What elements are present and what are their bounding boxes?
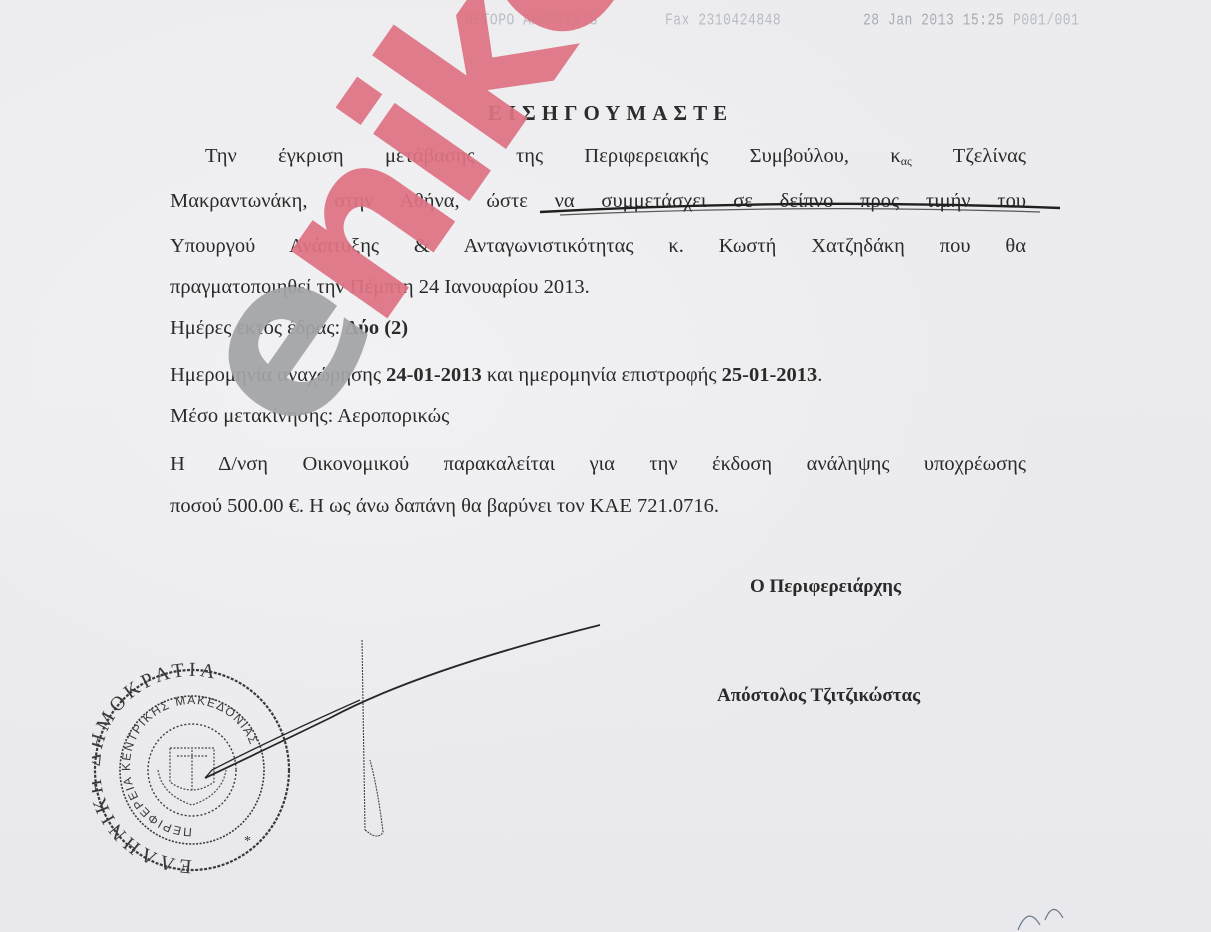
fax-page: P001/001 <box>1013 10 1079 30</box>
finance-line-1: Η Δ/νση Οικονομικού παρακαλείται για την… <box>170 449 1026 479</box>
signatory-name: Απόστολος Τζιτζικώστας <box>717 685 920 707</box>
fax-number: Fax 2310424848 <box>665 10 781 30</box>
svg-text:ΠΕΡΙΦΕΡΕΙΑ ΚΕΝΤΡΙΚΗΣ ΜΑΚΕΔΟΝΙΑ: ΠΕΡΙΦΕΡΕΙΑ ΚΕΝΤΡΙΚΗΣ ΜΑΚΕΔΟΝΙΑΣ <box>119 693 261 839</box>
official-seal-stamp: ΕΛΛΗΝΙΚΗ ΔΗΜΟΚΡΑΤΙΑ ΠΕΡΙΦΕΡΕΙΑ ΚΕΝΤΡΙΚΗΣ… <box>92 660 292 880</box>
svg-text:ΕΛΛΗΝΙΚΗ ΔΗΜΟΚΡΑΤΙΑ: ΕΛΛΗΝΙΚΗ ΔΗΜΟΚΡΑΤΙΑ <box>92 660 221 877</box>
fax-datetime: 28 Jan 2013 15:25 <box>863 10 1004 30</box>
document-title: ΕΙΣΗΓΟΥΜΑΣΤΕ <box>0 101 1211 126</box>
svg-text:*: * <box>244 834 251 849</box>
return-date: 25-01-2013 <box>722 364 818 386</box>
signatory-title: Ο Περιφερειάρχης <box>750 576 901 598</box>
return-label: και ημερομηνία επιστροφής <box>487 364 717 386</box>
finance-line-2: ποσού 500.00 €. Η ως άνω δαπάνη θα βαρύν… <box>170 491 1026 521</box>
